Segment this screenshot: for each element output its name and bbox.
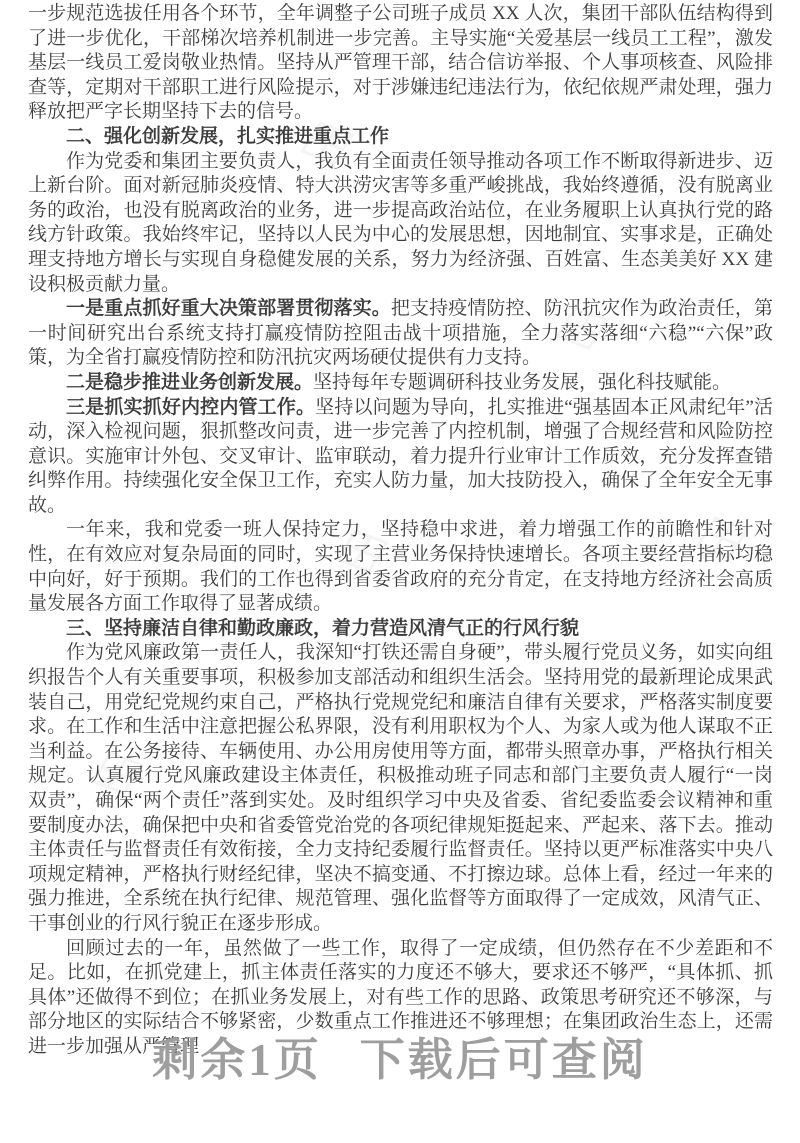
section-heading: 二、强化创新发展，扎实推进重点工作 bbox=[28, 125, 773, 150]
paragraph-lead: 一是重点抓好重大决策部署贯彻落实。 bbox=[66, 298, 391, 319]
document-body: 一步规范选拔任用各个环节，全年调整子公司班子成员 XX 人次，集团干部队伍结构得… bbox=[28, 2, 773, 1060]
download-hint-label: 下载后可查阅 bbox=[360, 1035, 648, 1085]
paragraph: 作为党风廉政第一责任人，我深知“打铁还需自身硬”，带头履行党员义务，如实向组织报… bbox=[28, 641, 773, 936]
paragraph: 作为党委和集团主要负责人，我负有全面责任领导推动各项工作不断取得新进步、迈上新台… bbox=[28, 150, 773, 298]
paragraph-lead: 二是稳步推进业务创新发展。 bbox=[66, 372, 313, 393]
document-page: 一步规范选拔任用各个环节，全年调整子公司班子成员 XX 人次，集团干部队伍结构得… bbox=[0, 0, 800, 1143]
download-banner: 剩余1页下载后可查阅 bbox=[0, 1034, 800, 1086]
paragraph-lead: 三是抓实抓好内控内管工作。 bbox=[66, 397, 315, 418]
paragraph: 一是重点抓好重大决策部署贯彻落实。把支持疫情防控、防汛抗灾作为政治责任，第一时间… bbox=[28, 297, 773, 371]
paragraph: 二是稳步推进业务创新发展。坚持每年专题调研科技业务发展，强化科技赋能。 bbox=[28, 371, 773, 396]
section-heading: 三、坚持廉洁自律和勤政廉政，着力营造风清气正的行风行貌 bbox=[28, 617, 773, 642]
paragraph: 三是抓实抓好内控内管工作。坚持以问题为导向，扎实推进“强基固本正风肃纪年”活动，… bbox=[28, 396, 773, 519]
remaining-pages-label: 剩余1页 bbox=[152, 1035, 322, 1085]
paragraph: 一年来，我和党委一班人保持定力，坚持稳中求进，着力增强工作的前瞻性和针对性，在有… bbox=[28, 518, 773, 616]
continuation-paragraph: 一步规范选拔任用各个环节，全年调整子公司班子成员 XX 人次，集团干部队伍结构得… bbox=[28, 2, 773, 125]
